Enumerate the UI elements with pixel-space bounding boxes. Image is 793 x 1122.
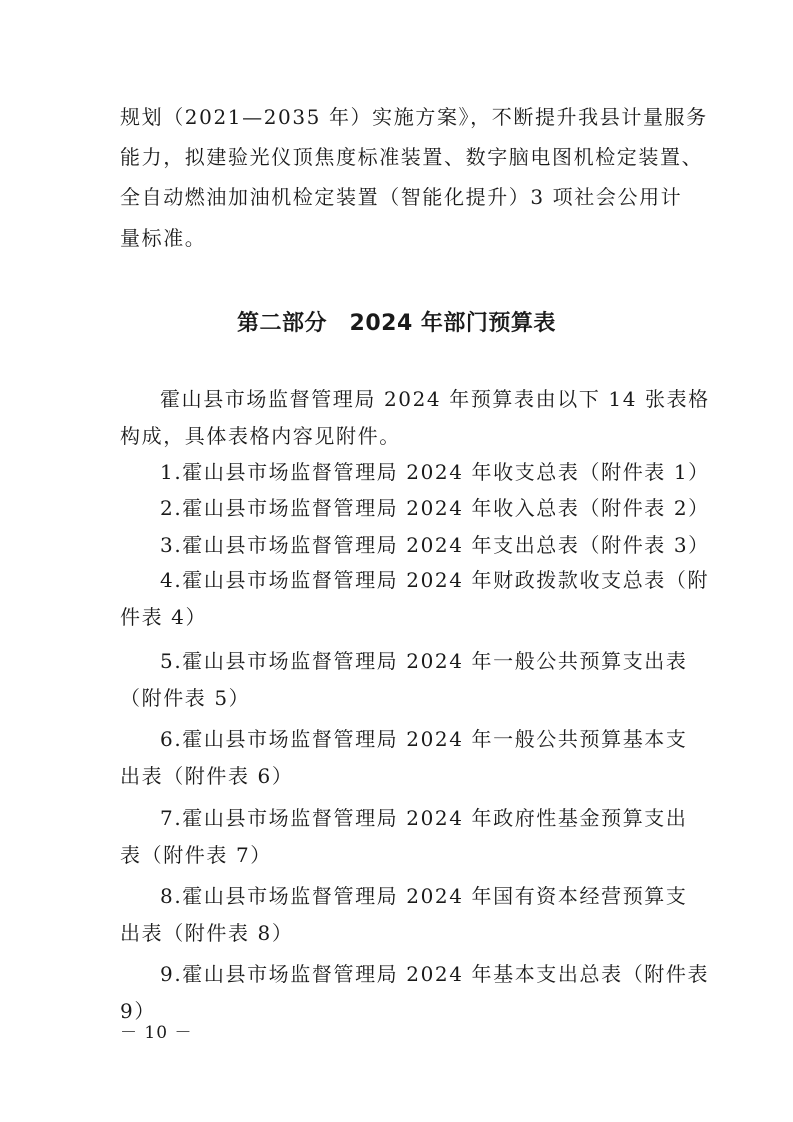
document-page: 规划（2021—2035 年）实施方案》，不断提升我县计量服务 能力，拟建验光仪… (0, 0, 793, 1122)
list-item-1: 1.霍山县市场监督管理局 2024 年收支总表（附件表 1） (160, 460, 716, 484)
list-item-3: 3.霍山县市场监督管理局 2024 年支出总表（附件表 3） (160, 533, 716, 557)
intro-line: 规划（2021—2035 年）实施方案》，不断提升我县计量服务 (120, 105, 676, 129)
list-item-4-cont: 件表 4） (120, 605, 676, 629)
list-item-4: 4.霍山县市场监督管理局 2024 年财政拨款收支总表（附 (160, 568, 716, 592)
intro-line: 全自动燃油加油机检定装置（智能化提升）3 项社会公用计 (120, 185, 676, 209)
summary-line: 构成，具体表格内容见附件。 (120, 424, 676, 448)
list-item-7-cont: 表（附件表 7） (120, 843, 676, 867)
list-item-8-cont: 出表（附件表 8） (120, 921, 676, 945)
intro-line: 量标准。 (120, 226, 676, 250)
list-item-5: 5.霍山县市场监督管理局 2024 年一般公共预算支出表 (160, 649, 716, 673)
list-item-8: 8.霍山县市场监督管理局 2024 年国有资本经营预算支 (160, 884, 716, 908)
list-item-5-cont: （附件表 5） (120, 686, 676, 710)
list-item-7: 7.霍山县市场监督管理局 2024 年政府性基金预算支出 (160, 806, 716, 830)
list-item-9-cont: 9） (120, 999, 676, 1023)
list-item-6: 6.霍山县市场监督管理局 2024 年一般公共预算基本支 (160, 727, 716, 751)
list-item-2: 2.霍山县市场监督管理局 2024 年收入总表（附件表 2） (160, 496, 716, 520)
section-title: 第二部分 2024 年部门预算表 (0, 310, 793, 338)
summary-line: 霍山县市场监督管理局 2024 年预算表由以下 14 张表格 (160, 387, 716, 411)
list-item-6-cont: 出表（附件表 6） (120, 764, 676, 788)
list-item-9: 9.霍山县市场监督管理局 2024 年基本支出总表（附件表 (160, 962, 716, 986)
intro-line: 能力，拟建验光仪顶焦度标准装置、数字脑电图机检定装置、 (120, 145, 676, 169)
page-number: － 10 － (120, 1022, 192, 1044)
